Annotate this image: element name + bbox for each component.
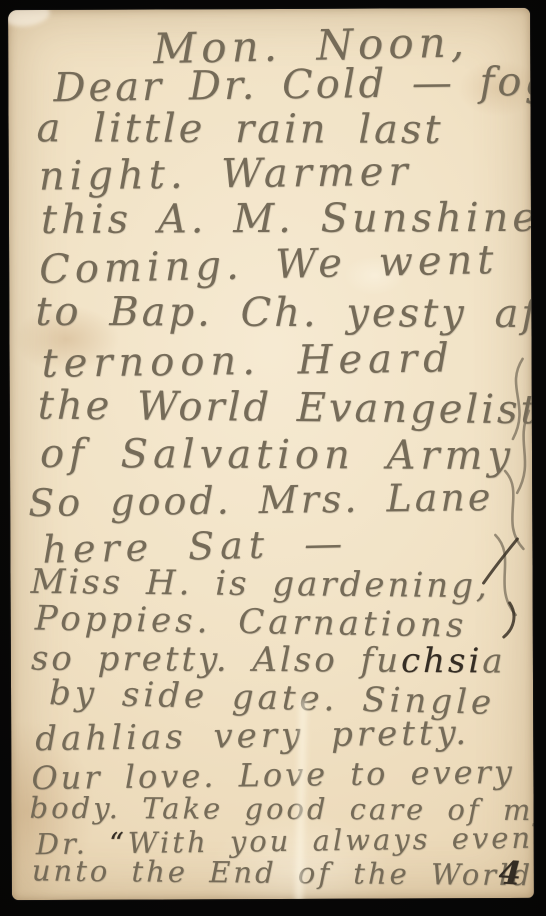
handwriting-line: a little rain last [36,108,443,150]
overwritten-text: chsi [401,641,483,681]
handwriting-line: Dear Dr. Cold — fogs [53,61,534,108]
handwriting-line: ternoon. Heard [41,338,455,383]
handwriting-line: So good. Mrs. Lane [28,478,494,522]
handwriting-line: this A. M. Sunshine [41,198,534,240]
handwriting-line: night. Warmer [39,152,413,197]
handwriting-line: dahlias very pretty. [35,716,470,756]
handwriting-line: Coming. We went [39,240,499,290]
handwriting-line: of Salvation Army [40,434,515,476]
handwriting-line: Miss H. is gardening, [30,565,490,603]
handwriting-line: so pretty. Also fuchsia [31,642,506,679]
handwriting-line: the World Evangelist [38,386,534,431]
handwriting-line: body. Take good care of my [29,794,533,825]
handwriting-line: unto the End of the World” [32,856,534,890]
handwriting-segment: a [482,641,506,681]
postcard: Mon. Noon, Dear Dr. Cold — fogs a little… [8,8,534,900]
handwriting-line: Our love. Love to every [31,756,515,794]
page-number: 4 [498,853,523,892]
margin-flourish [465,353,534,643]
photo-backdrop: Mon. Noon, Dear Dr. Cold — fogs a little… [0,0,546,916]
corner-wear [8,8,51,29]
handwriting-line: Poppies. Carnations [34,602,467,643]
handwriting-line: to Bap. Ch. yesty af [35,292,534,334]
